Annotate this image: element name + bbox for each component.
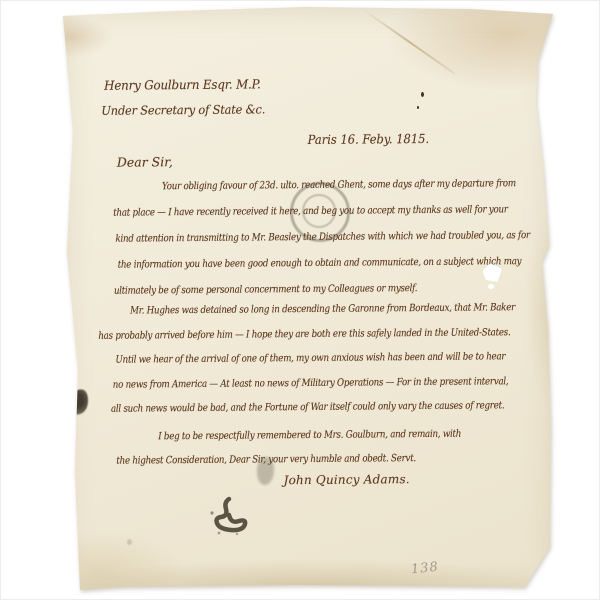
dateline: Paris 16. Feby. 1815. [308, 132, 430, 147]
closing-line: I beg to be respectfully remembered to M… [158, 428, 461, 445]
photo-background: Henry Goulburn Esqr. M.P. Under Secretar… [0, 0, 600, 600]
embossed-seal-inner-ring [302, 194, 336, 228]
recipient-line-2: Under Secretary of State &c. [101, 102, 265, 117]
body-line: Until we hear of the arrival of one of t… [115, 350, 505, 367]
faint-pencil-mark [127, 539, 132, 545]
ink-curl-smudge [207, 493, 255, 541]
body-line: Mr. Hughes was detained so long in desce… [130, 301, 515, 318]
recipient-line-1: Henry Goulburn Esqr. M.P. [104, 77, 261, 92]
body-line: all such news would be bad, and the Fort… [111, 399, 504, 416]
letter-sheet: Henry Goulburn Esqr. M.P. Under Secretar… [61, 7, 555, 591]
body-line: no news from America — At least no news … [113, 375, 509, 392]
salutation: Dear Sir, [117, 155, 173, 169]
embossed-seal-mark [290, 182, 350, 242]
paper-hole-small [488, 284, 494, 289]
body-line: has probably arrived before him — I hope… [98, 326, 510, 344]
catalog-pencil-number: 138 [410, 560, 439, 578]
letter-sheet-wrap: Henry Goulburn Esqr. M.P. Under Secretar… [61, 7, 555, 591]
ink-curl-smudge-shape [207, 493, 255, 537]
body-line: the information you have been good enoug… [118, 255, 522, 273]
body-line: ultimately be of some personal concernme… [114, 282, 417, 299]
signature: John Quincy Adams. [284, 472, 410, 487]
handwriting-layer: Henry Goulburn Esqr. M.P. Under Secretar… [58, 5, 557, 593]
